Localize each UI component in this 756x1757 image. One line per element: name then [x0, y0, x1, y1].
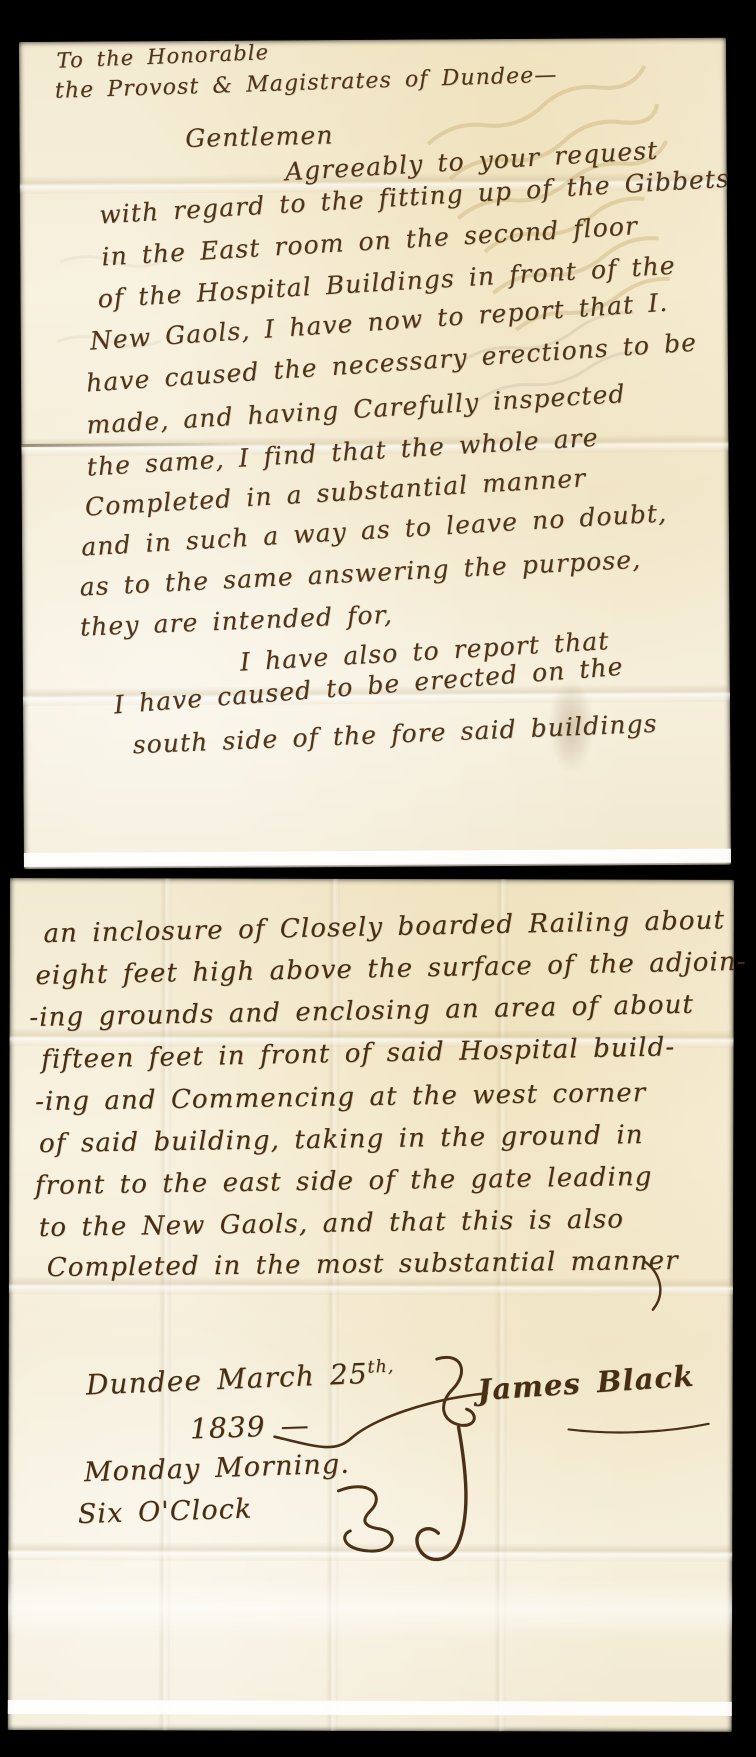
fold-line: [8, 1542, 732, 1562]
body-line: they are intended for,: [79, 601, 393, 641]
salutation: Gentlemen: [185, 122, 334, 153]
fold-highlight: [8, 1578, 732, 1640]
body-line: of said building, taking in the ground i…: [39, 1121, 644, 1159]
dateline-ordinal: th,: [367, 1357, 395, 1378]
body-line: fifteen feet in front of said Hospital b…: [41, 1033, 676, 1074]
body-line: Completed in the most substantial manner: [47, 1247, 679, 1283]
body-line: -ing and Commencing at the west corner: [35, 1079, 647, 1117]
body-line: -ing grounds and enclosing an area of ab…: [29, 991, 694, 1033]
letter-page-1: To the Honorable the Provost & Magistrat…: [19, 38, 731, 869]
paper-edge-band: [24, 849, 731, 867]
paper-edge-band: [8, 1700, 732, 1716]
photograph-background: { "letter": { "description": "Handwritte…: [0, 0, 756, 1757]
dateline-place-text: Dundee March 25: [85, 1357, 368, 1402]
signature: James Black: [476, 1361, 695, 1407]
body-line: south side of the fore said buildings: [132, 710, 658, 759]
dateline-year: 1839 —: [190, 1411, 311, 1446]
body-line: to the New Gaols, and that this is also: [39, 1205, 625, 1242]
address-line-1: To the Honorable: [56, 41, 269, 73]
time-line-1: Monday Morning.: [83, 1450, 350, 1488]
body-line: eight feet high above the surface of the…: [35, 948, 747, 991]
letter-page-2: an inclosure of Closely boarded Railing …: [8, 878, 734, 1732]
body-line: front to the east side of the gate leadi…: [35, 1163, 653, 1201]
body-line: an inclosure of Closely boarded Railing …: [43, 906, 725, 948]
time-line-2: Six O'Clock: [77, 1495, 253, 1530]
dateline-place: Dundee March 25th,: [85, 1358, 395, 1402]
